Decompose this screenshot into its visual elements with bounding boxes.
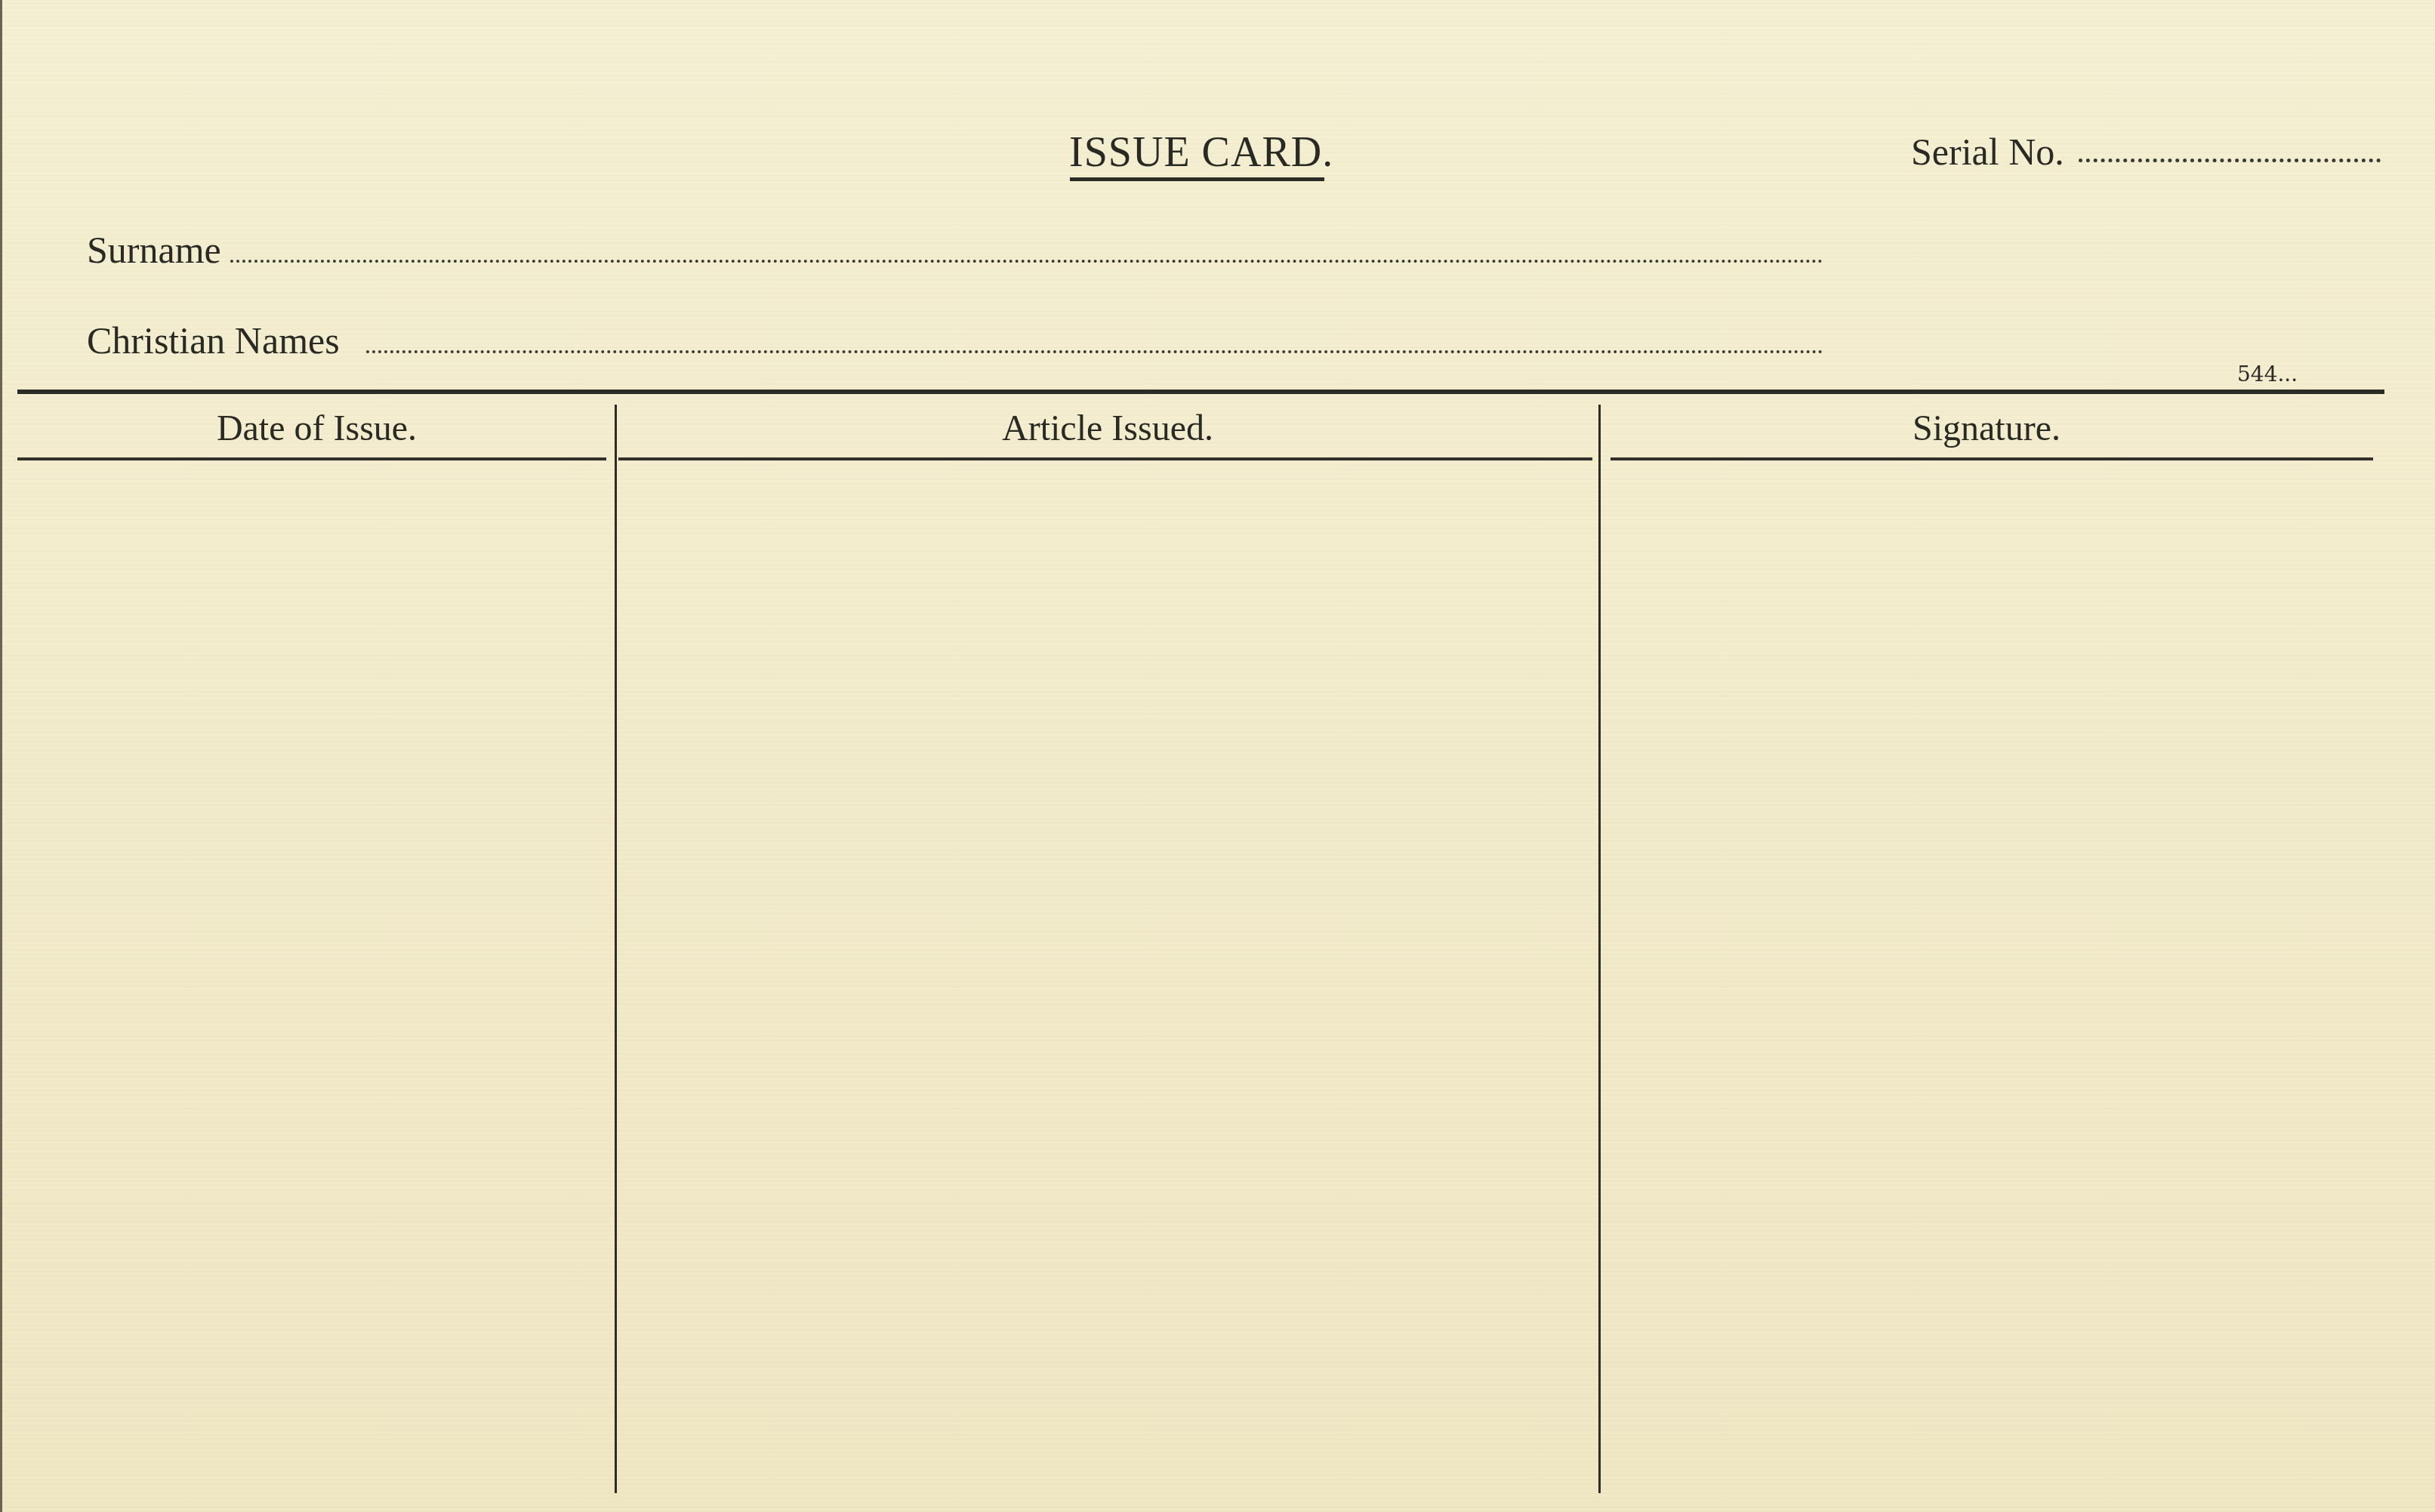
christian-names-field[interactable]: [366, 350, 1823, 353]
article-issued-column[interactable]: [618, 464, 1598, 1491]
christian-names-label: Christian Names: [87, 322, 340, 359]
issue-card: ISSUE CARD. Serial No. Surname Christian…: [0, 0, 2435, 1512]
column-header-signature: Signature.: [1599, 408, 2435, 449]
surname-label: Surname: [87, 231, 221, 269]
signature-header-underline: [1610, 457, 2373, 460]
date-of-issue-column[interactable]: [17, 464, 614, 1491]
serial-no-field[interactable]: [2079, 159, 2381, 162]
card-title: ISSUE CARD.: [1069, 131, 1333, 174]
title-underline: [1070, 177, 1324, 181]
column-divider-2: [1598, 405, 1601, 1493]
header-divider: [17, 390, 2384, 394]
surname-field[interactable]: [230, 260, 1823, 263]
column-divider-1: [615, 405, 617, 1493]
column-header-article-issued: Article Issued.: [616, 408, 1599, 449]
signature-column[interactable]: [1601, 464, 2379, 1491]
date-header-underline: [17, 457, 606, 460]
form-number: 544...: [2237, 364, 2298, 385]
serial-no-label: Serial No.: [1911, 133, 2064, 171]
column-header-date-of-issue: Date of Issue.: [17, 408, 616, 449]
article-header-underline: [618, 457, 1592, 460]
